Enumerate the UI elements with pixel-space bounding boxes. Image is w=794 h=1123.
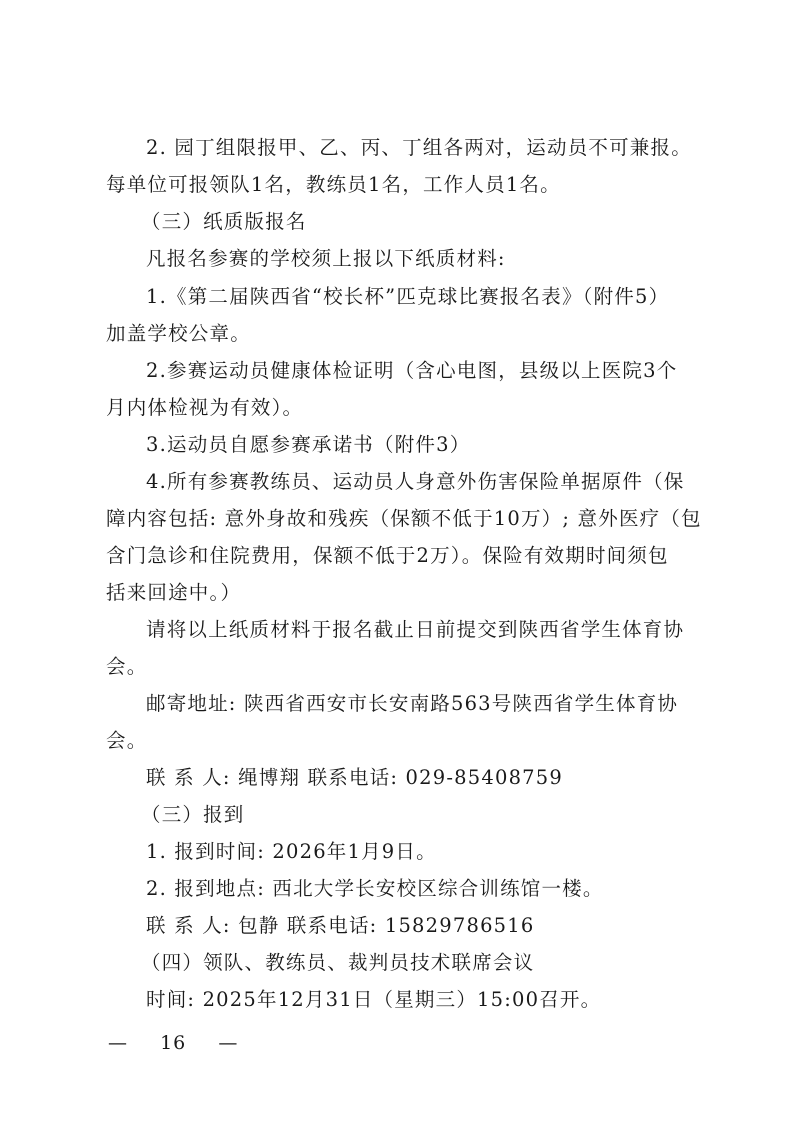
text-line: 凡报名参赛的学校须上报以下纸质材料: bbox=[146, 247, 506, 271]
text-line: 联 系 人: 包静 联系电话: 15829786516 bbox=[146, 914, 535, 938]
text-line: 含门急诊和住院费用，保额不低于2万）。保险有效期时间须包 bbox=[106, 544, 669, 568]
text-line: 括来回途中。） bbox=[106, 581, 241, 605]
footer-dash-right: — bbox=[218, 1032, 238, 1054]
text-line: 每单位可报领队1名，教练员1名，工作人员1名。 bbox=[106, 173, 561, 197]
text-line: 请将以上纸质材料于报名截止日前提交到陕西省学生体育协 bbox=[146, 618, 684, 642]
text-line: 2.参赛运动员健康体检证明（含心电图，县级以上医院3个 bbox=[146, 359, 677, 383]
text-line: 3.运动员自愿参赛承诺书（附件3） bbox=[146, 433, 470, 457]
text-line: 联 系 人: 绳博翔 联系电话: 029-85408759 bbox=[146, 766, 563, 790]
text-line: 障内容包括: 意外身故和残疾（保额不低于10万）; 意外医疗（包 bbox=[106, 507, 702, 531]
text-line: 月内体检视为有效）。 bbox=[106, 396, 303, 420]
text-line: 会。 bbox=[106, 655, 147, 679]
page-number: 16 bbox=[160, 1032, 186, 1054]
footer-dash-left: — bbox=[108, 1032, 128, 1054]
text-line: 1. 报到时间: 2026年1月9日。 bbox=[146, 840, 437, 864]
text-line: （四）领队、教练员、裁判员技术联席会议 bbox=[141, 951, 534, 975]
text-line: 邮寄地址: 陕西省西安市长安南路563号陕西省学生体育协 bbox=[146, 692, 678, 716]
text-line: 2. 报到地点: 西北大学长安校区综合训练馆一楼。 bbox=[146, 877, 604, 901]
text-line: 2. 园丁组限报甲、乙、丙、丁组各两对，运动员不可兼报。 bbox=[146, 136, 692, 160]
text-line: （三）报到 bbox=[141, 803, 245, 827]
text-line: 会。 bbox=[106, 729, 147, 753]
text-line: 4.所有参赛教练员、运动员人身意外伤害保险单据原件（保 bbox=[146, 470, 685, 494]
text-line: 1.《第二届陕西省“校长杯”匹克球比赛报名表》（附件5） bbox=[146, 285, 669, 309]
text-line: 加盖学校公章。 bbox=[106, 322, 251, 346]
text-line: （三）纸质版报名 bbox=[141, 210, 307, 234]
text-line: 时间: 2025年12月31日（星期三）15:00召开。 bbox=[146, 988, 601, 1012]
page-footer: — 16 — bbox=[108, 1032, 238, 1054]
